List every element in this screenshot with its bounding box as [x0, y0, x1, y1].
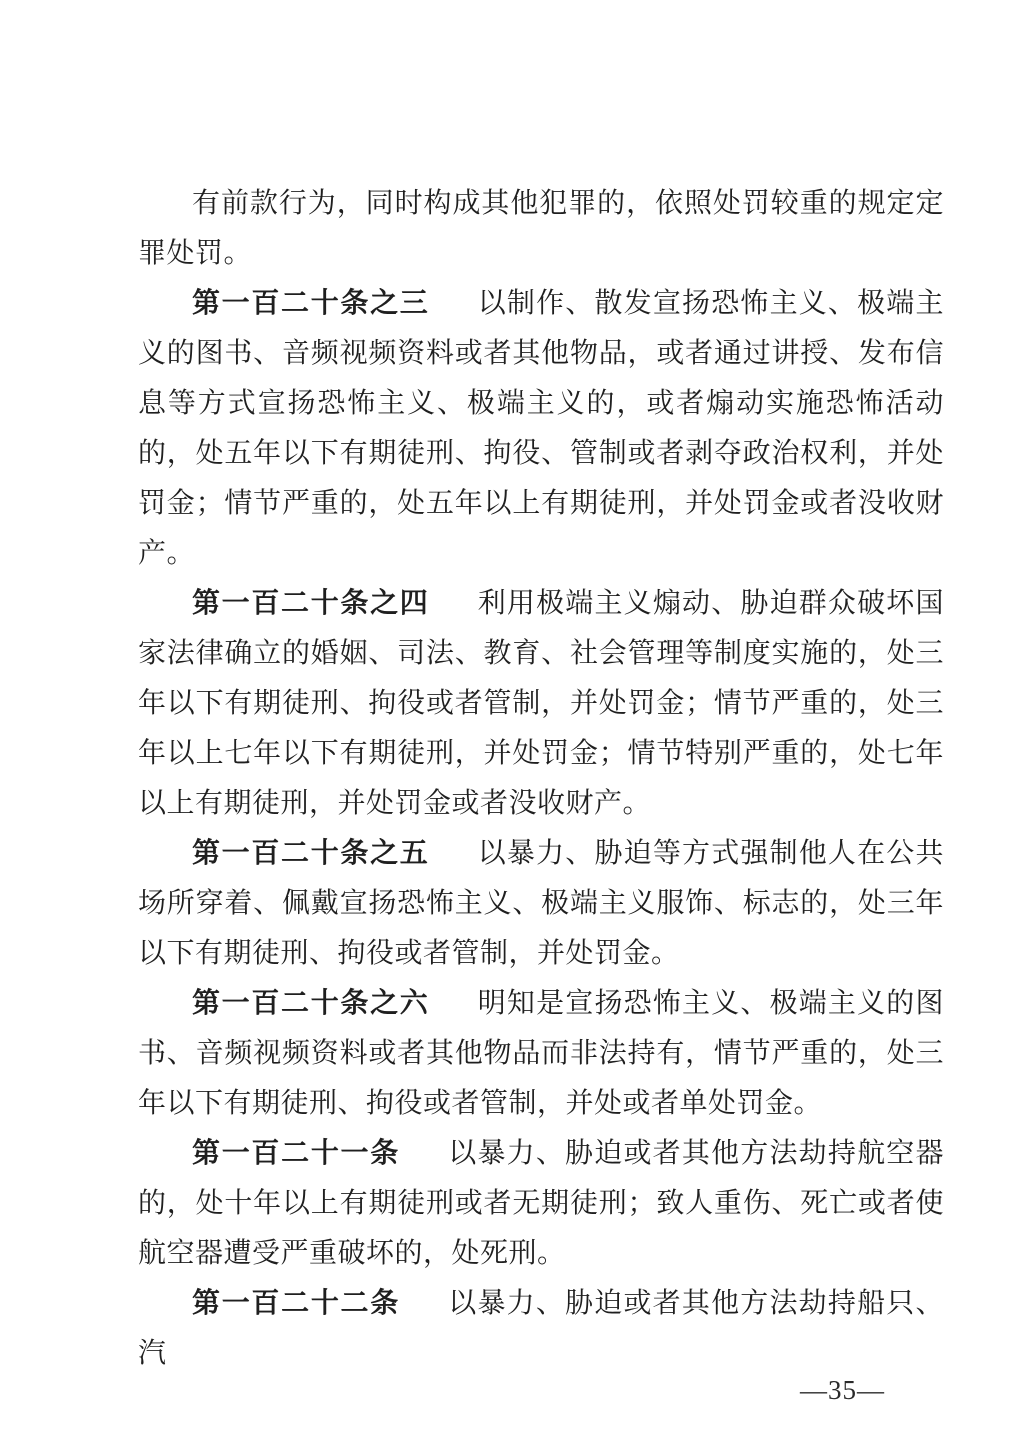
paragraph-text: 以制作、散发宣扬恐怖主义、极端主义的图书、音频视频资料或者其他物品，或者通过讲授…	[138, 288, 944, 569]
article-number: 第一百二十二条	[192, 1288, 400, 1319]
article-number: 第一百二十条之六	[192, 988, 429, 1019]
paragraph-text: 有前款行为，同时构成其他犯罪的，依照处罚较重的规定定罪处罚。	[138, 188, 944, 269]
paragraph: 第一百二十一条以暴力、胁迫或者其他方法劫持航空器的，处十年以上有期徒刑或者无期徒…	[138, 1129, 944, 1279]
paragraph: 第一百二十条之六明知是宣扬恐怖主义、极端主义的图书、音频视频资料或者其他物品而非…	[138, 979, 944, 1129]
document-page: 有前款行为，同时构成其他犯罪的，依照处罚较重的规定定罪处罚。 第一百二十条之三以…	[0, 0, 1024, 1448]
article-number: 第一百二十条之四	[192, 588, 429, 619]
paragraph: 第一百二十条之三以制作、散发宣扬恐怖主义、极端主义的图书、音频视频资料或者其他物…	[138, 279, 944, 579]
paragraph: 有前款行为，同时构成其他犯罪的，依照处罚较重的规定定罪处罚。	[138, 179, 944, 279]
text-content: 有前款行为，同时构成其他犯罪的，依照处罚较重的规定定罪处罚。 第一百二十条之三以…	[138, 179, 944, 1379]
article-number: 第一百二十条之五	[192, 838, 429, 869]
paragraph: 第一百二十二条以暴力、胁迫或者其他方法劫持船只、汽	[138, 1279, 944, 1379]
paragraph: 第一百二十条之五以暴力、胁迫等方式强制他人在公共场所穿着、佩戴宣扬恐怖主义、极端…	[138, 829, 944, 979]
paragraph-text: 利用极端主义煽动、胁迫群众破坏国家法律确立的婚姻、司法、教育、社会管理等制度实施…	[138, 588, 944, 819]
page-number: —35—	[800, 1375, 885, 1406]
article-number: 第一百二十条之三	[192, 288, 429, 319]
paragraph: 第一百二十条之四利用极端主义煽动、胁迫群众破坏国家法律确立的婚姻、司法、教育、社…	[138, 579, 944, 829]
article-number: 第一百二十一条	[192, 1138, 400, 1169]
